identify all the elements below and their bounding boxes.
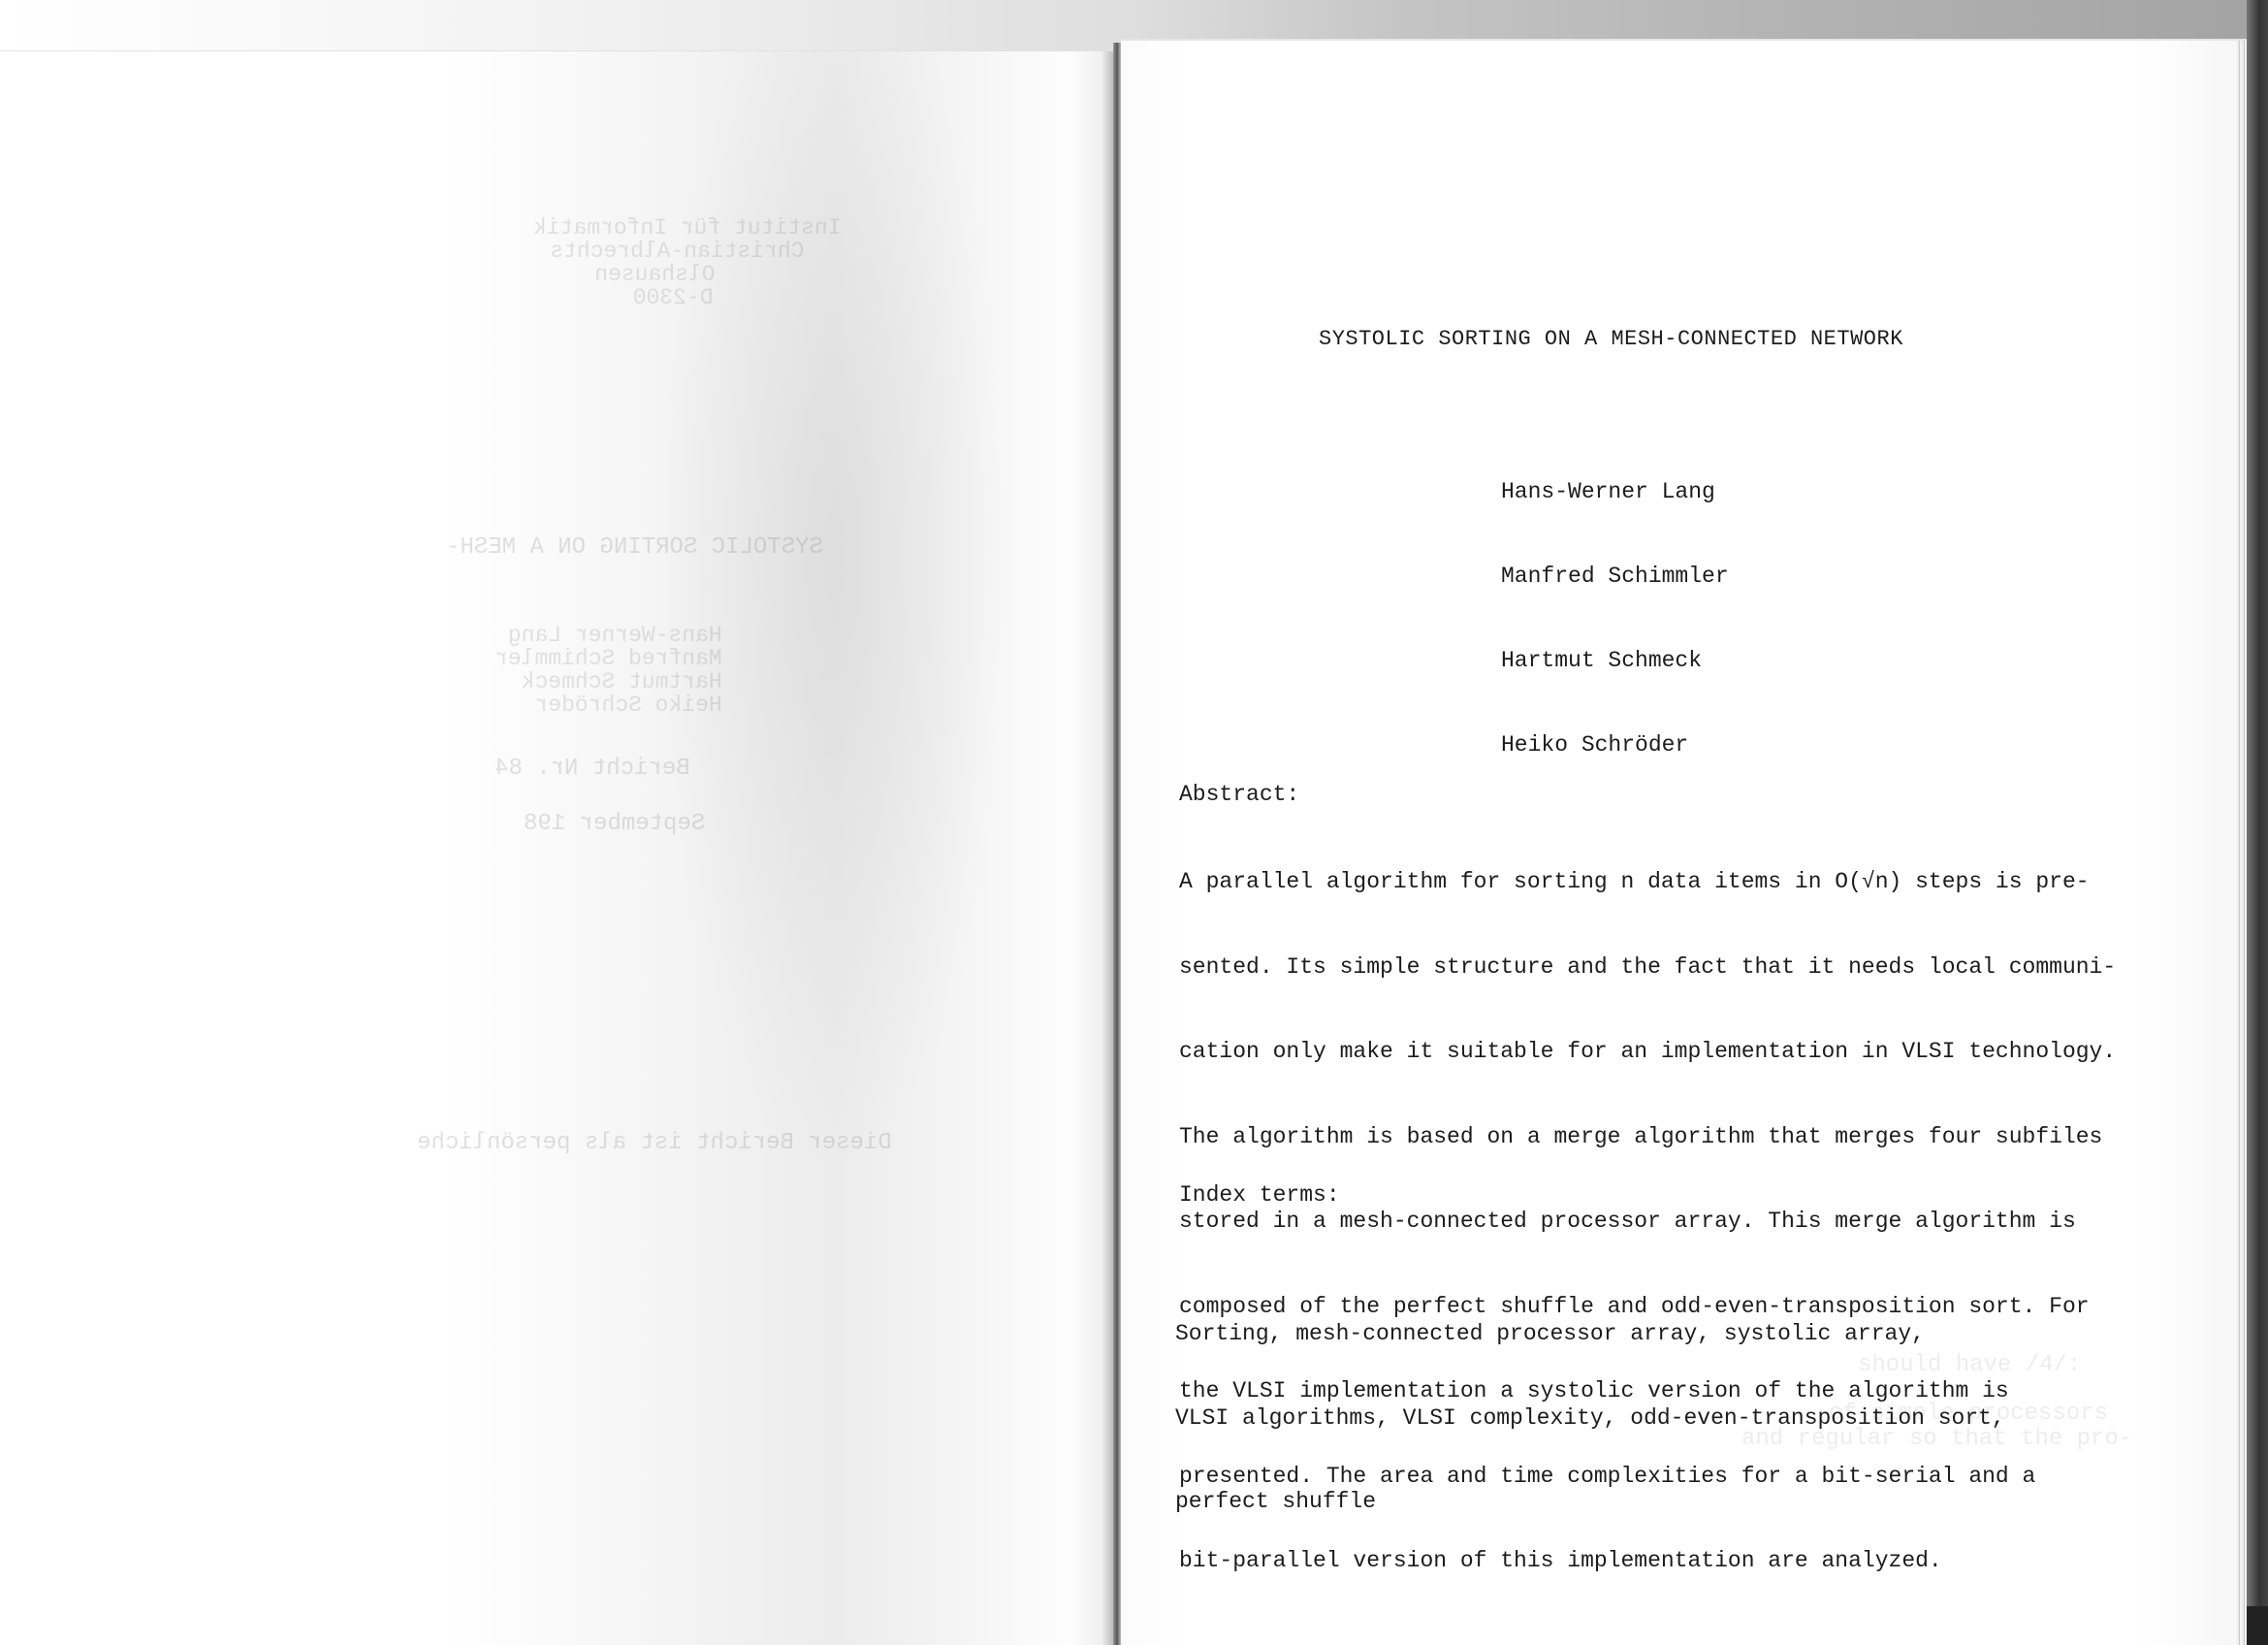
author: Heiko Schröder — [1501, 728, 1729, 762]
mirrored-date: September 198 — [524, 811, 705, 837]
author-list: Hans-Werner Lang Manfred Schimmler Hartm… — [1501, 425, 1729, 813]
mirrored-author: Manfred Schimmler — [495, 647, 722, 670]
abstract-line: stored in a mesh-connected processor arr… — [1179, 1205, 2116, 1240]
mirrored-author: Heiko Schröder — [495, 693, 722, 717]
mirrored-address-line: D-2300 — [533, 286, 841, 309]
left-page: Institut für Informatik Christian-Albrec… — [0, 50, 1115, 1645]
index-terms-line: perfect shuffle — [1175, 1485, 2005, 1519]
index-terms-list: Sorting, mesh-connected processor array,… — [1175, 1267, 2005, 1569]
author: Hans-Werner Lang — [1501, 475, 1729, 509]
abstract-line: sented. Its simple structure and the fac… — [1179, 951, 2116, 985]
paper-title: SYSTOLIC SORTING ON A MESH-CONNECTED NET… — [1319, 327, 1903, 351]
mirrored-note: Dieser Bericht ist als persönliche — [417, 1130, 892, 1156]
abstract-line: The algorithm is based on a merge algori… — [1179, 1120, 2116, 1155]
mirrored-address-line: Christian-Albrechts — [533, 240, 841, 263]
abstract-line: cation only make it suitable for an impl… — [1179, 1035, 2116, 1070]
mirrored-address-line: Olshausen — [533, 263, 841, 286]
index-terms-line: Sorting, mesh-connected processor array,… — [1175, 1317, 2005, 1351]
mirrored-title: SYSTOLIC SORTING ON A MESH- — [446, 534, 823, 561]
mirrored-author: Hartmut Schmeck — [495, 670, 722, 693]
author: Hartmut Schmeck — [1501, 644, 1729, 678]
book-spine — [1113, 43, 1121, 1645]
scan-background-right — [2247, 0, 2268, 1645]
abstract-heading: Abstract: — [1179, 782, 1299, 807]
left-page-address-show-through: Institut für Informatik Christian-Albrec… — [533, 216, 841, 309]
index-terms-line: VLSI algorithms, VLSI complexity, odd-ev… — [1175, 1402, 2005, 1435]
right-page: should have /4/: of simple processors an… — [1121, 39, 2247, 1645]
index-terms-heading: Index terms: — [1179, 1182, 1340, 1208]
author: Manfred Schimmler — [1501, 560, 1729, 594]
mirrored-authors: Hans-Werner Lang Manfred Schimmler Hartm… — [495, 624, 722, 717]
abstract-line: A parallel algorithm for sorting n data … — [1179, 865, 2116, 900]
page-stack-edge — [2237, 41, 2247, 1645]
mirrored-address-line: Institut für Informatik — [533, 216, 841, 240]
mirrored-author: Hans-Werner Lang — [495, 624, 722, 647]
mirrored-report-number: Bericht Nr. 84 — [495, 756, 690, 782]
